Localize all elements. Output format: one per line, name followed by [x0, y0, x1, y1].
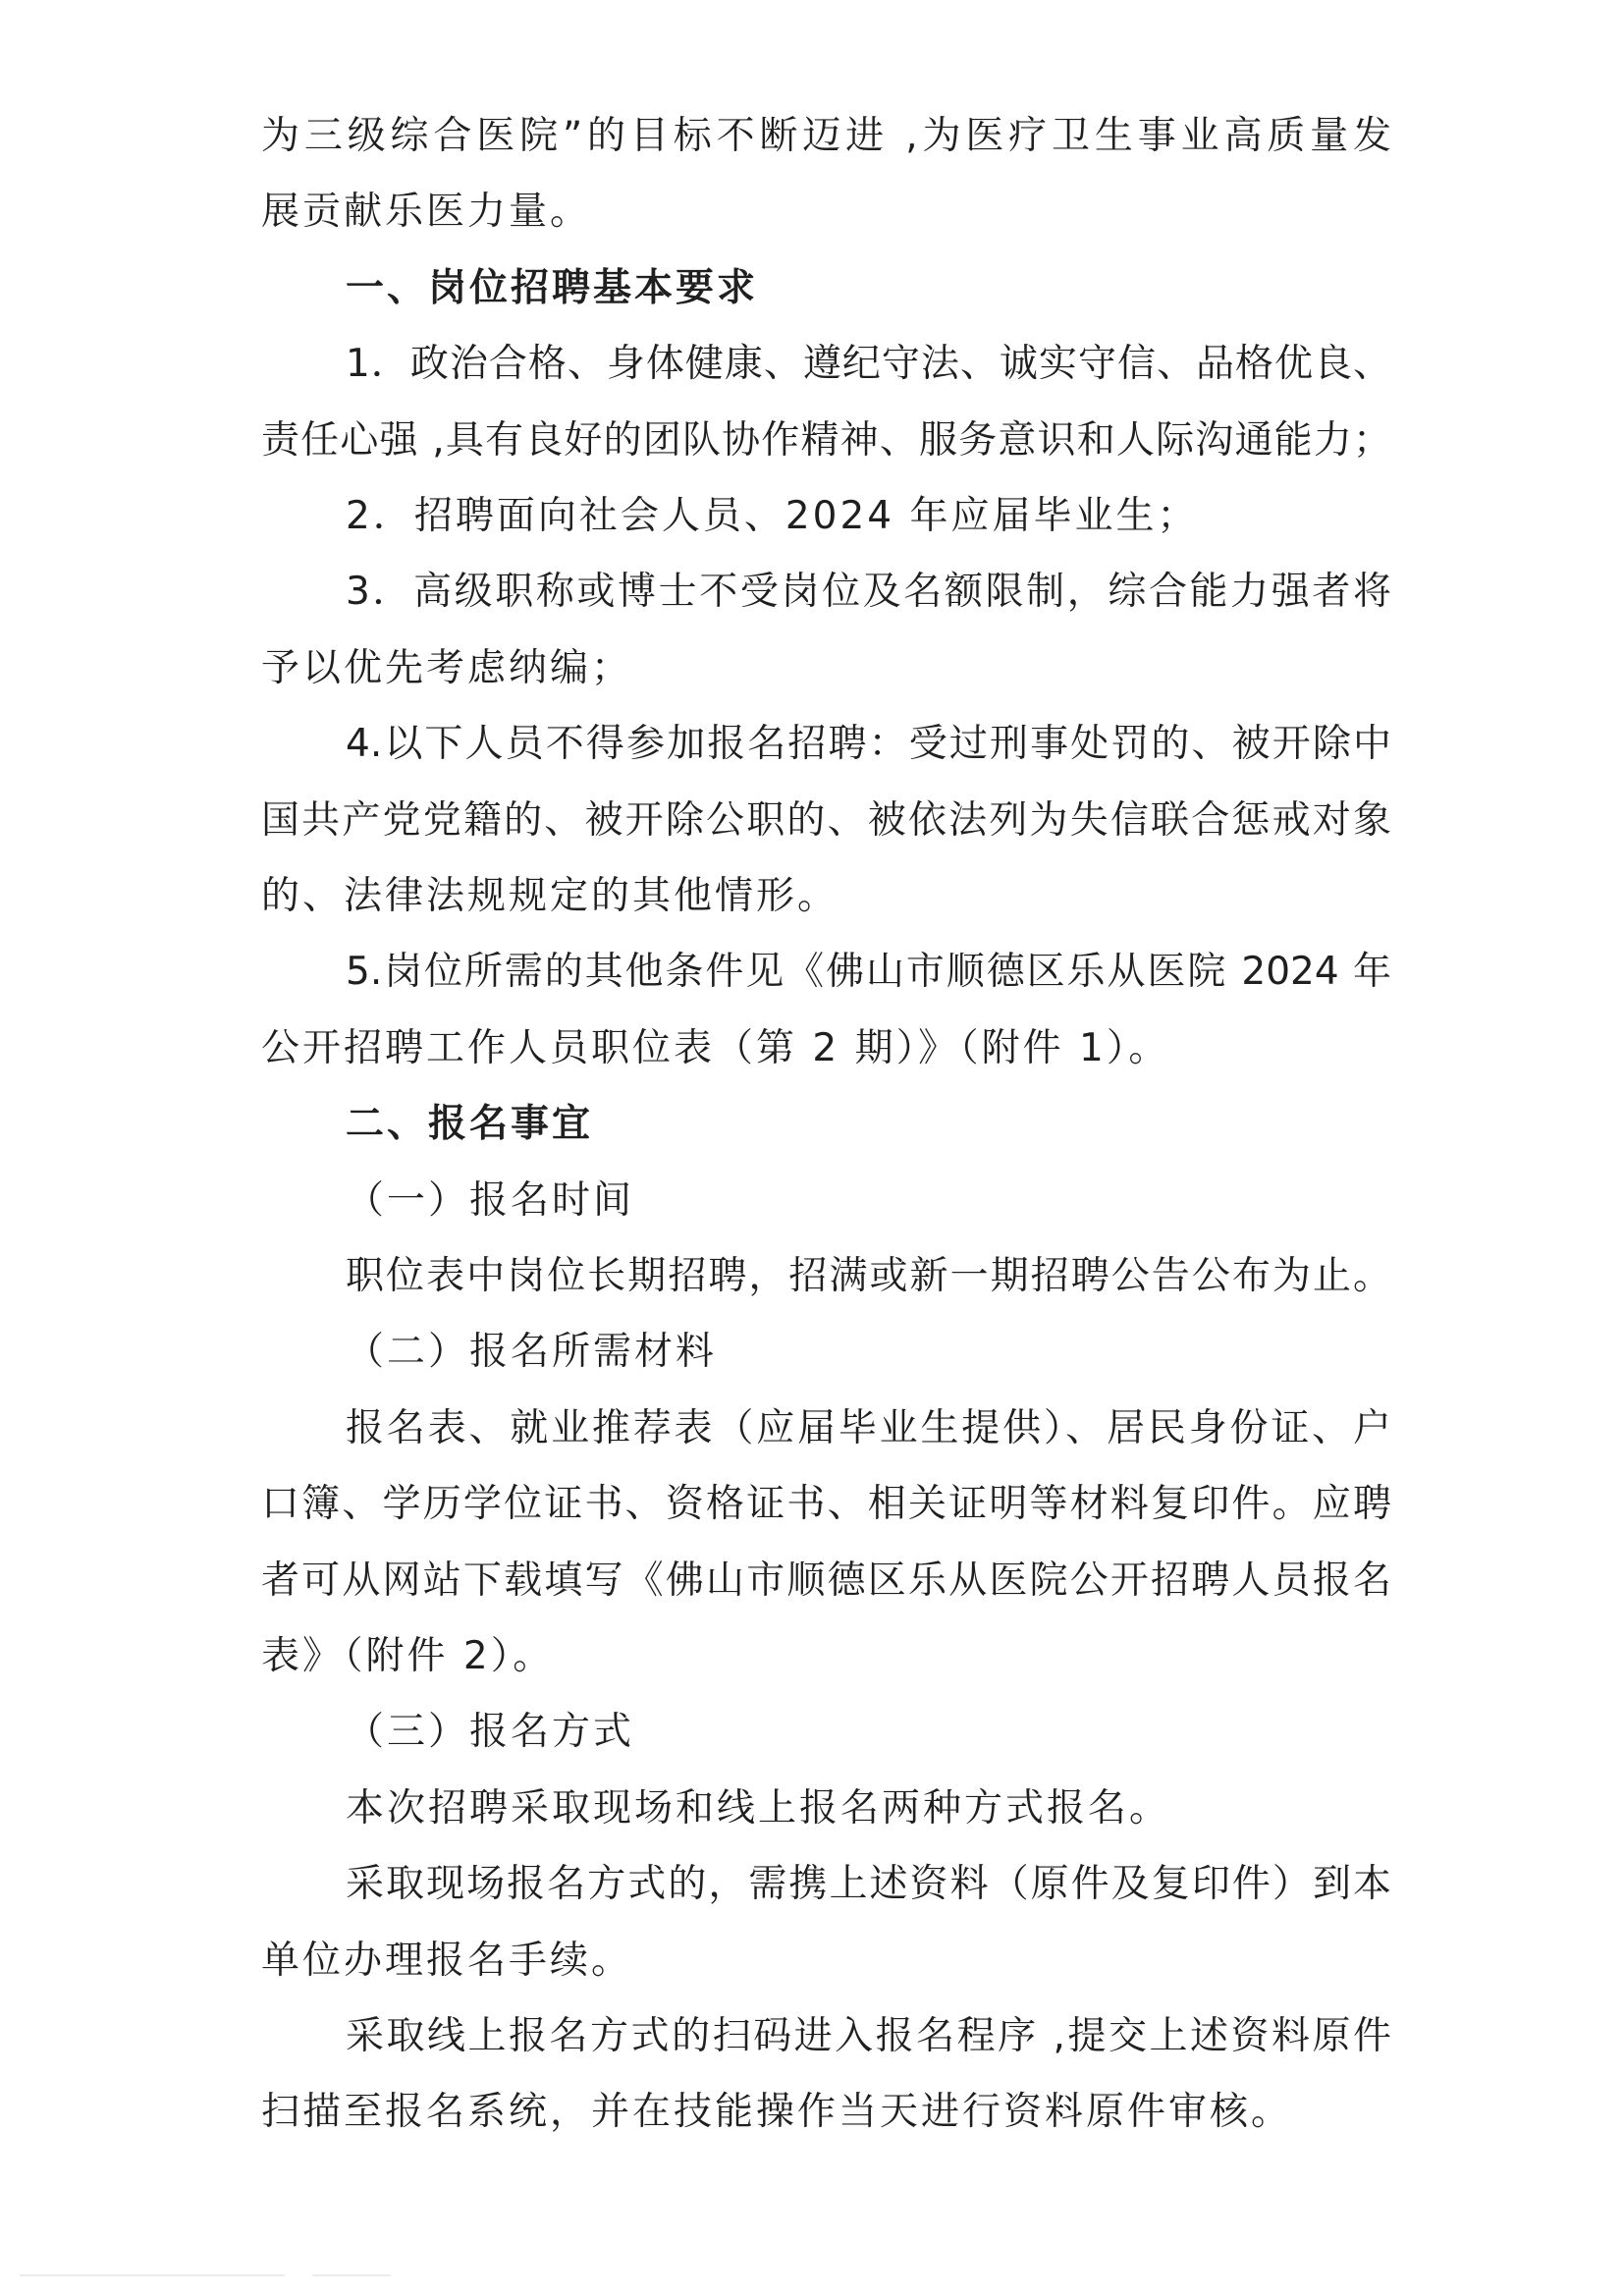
requirement-item-3-cont: 予以优先考虑纳编；	[261, 646, 632, 691]
requirement-item-4-cont: 的、法律法规规定的其他情形。	[261, 874, 839, 919]
paragraph-onsite: 采取现场报名方式的，需携上述资料（原件及复印件）到本	[346, 1862, 1391, 1907]
requirement-item-4-cont: 国共产党党籍的、被开除公职的、被依法列为失信联合惩戒对象	[261, 798, 1391, 844]
paragraph-online-cont: 扫描至报名系统，并在技能操作当天进行资料原件审核。	[261, 2090, 1292, 2135]
requirement-item-3: 3．高级职称或博士不受岗位及名额限制，综合能力强者将	[346, 570, 1391, 615]
section-heading-2: 二、报名事宜	[346, 1102, 593, 1147]
requirement-item-1: 1．政治合格、身体健康、遵纪守法、诚实守信、品格优良、	[346, 342, 1391, 387]
paragraph-time: 职位表中岗位长期招聘，招满或新一期招聘公告公布为止。	[346, 1254, 1391, 1299]
paragraph-materials-cont: 口簿、学历学位证书、资格证书、相关证明等材料复印件。应聘	[261, 1482, 1391, 1527]
requirement-item-1-cont: 责任心强 ,具有良好的团队协作精神、服务意识和人际沟通能力；	[261, 418, 1391, 464]
section-heading-1: 一、岗位招聘基本要求	[346, 266, 758, 311]
requirement-item-2: 2．招聘面向社会人员、2024 年应届毕业生；	[346, 494, 1198, 539]
paragraph-online: 采取线上报名方式的扫码进入报名程序 ,提交上述资料原件	[346, 2014, 1391, 2059]
scan-artifact-line	[312, 2274, 391, 2276]
paragraph-materials-cont: 者可从网站下载填写《佛山市顺德区乐从医院公开招聘人员报名	[261, 1558, 1391, 1604]
requirement-item-5: 5.岗位所需的其他条件见《佛山市顺德区乐从医院 2024 年	[346, 950, 1391, 995]
paragraph-onsite-cont: 单位办理报名手续。	[261, 1939, 632, 1984]
text-line-continuation: 为三级综合医院”的目标不断迈进 ,为医疗卫生事业高质量发	[261, 114, 1391, 159]
paragraph-method-intro: 本次招聘采取现场和线上报名两种方式报名。	[346, 1786, 1170, 1831]
subsection-heading-materials: （二）报名所需材料	[346, 1330, 717, 1375]
document-page: 为三级综合医院”的目标不断迈进 ,为医疗卫生事业高质量发 展贡献乐医力量。 一、…	[0, 0, 1623, 2296]
paragraph-materials: 报名表、就业推荐表（应届毕业生提供）、居民身份证、户	[346, 1406, 1391, 1451]
requirement-item-5-cont: 公开招聘工作人员职位表（第 2 期）》（附件 1）。	[261, 1026, 1169, 1071]
subsection-heading-time: （一）报名时间	[346, 1178, 634, 1224]
paragraph-materials-cont: 表》（附件 2）。	[261, 1634, 554, 1679]
subsection-heading-method: （三）报名方式	[346, 1710, 634, 1755]
requirement-item-4: 4.以下人员不得参加报名招聘：受过刑事处罚的、被开除中	[346, 722, 1391, 767]
scan-artifact-line	[210, 2274, 269, 2276]
text-line-continuation: 展贡献乐医力量。	[261, 190, 591, 235]
